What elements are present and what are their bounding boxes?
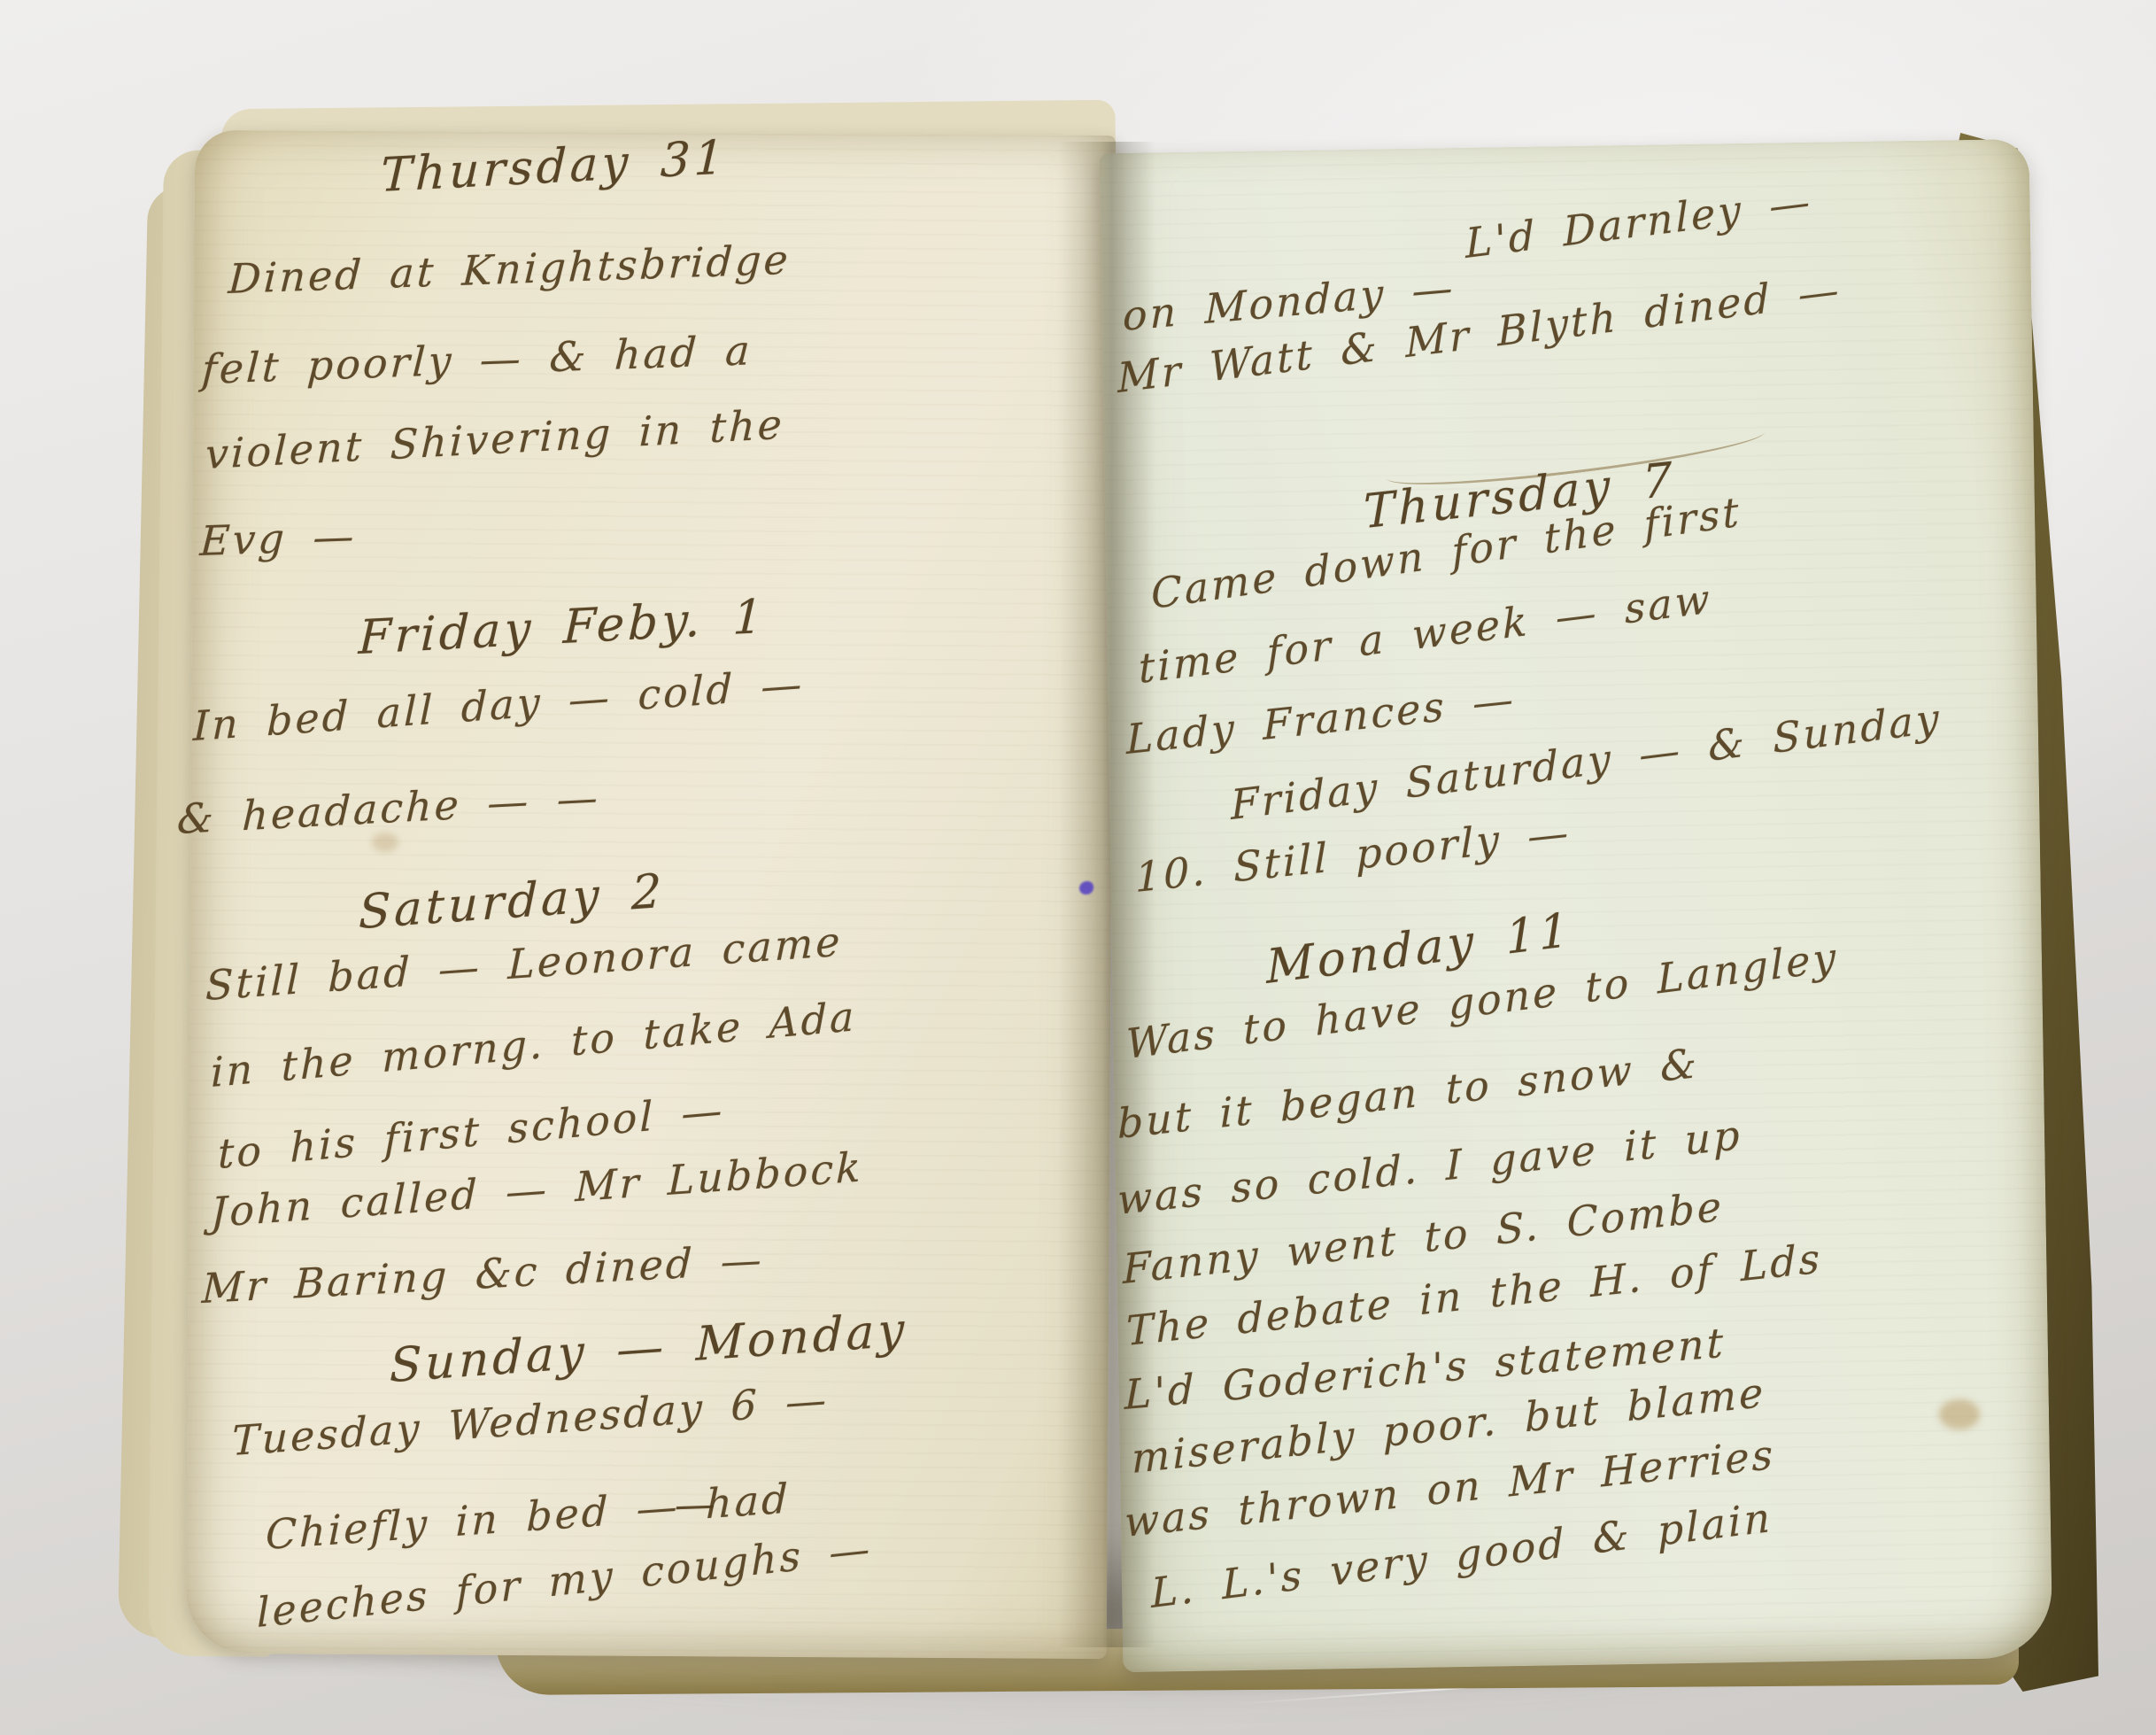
ink-blot	[1079, 881, 1093, 895]
fox-stain	[1939, 1399, 1980, 1429]
fox-stain	[372, 833, 398, 852]
photo-backdrop: Thursday 31 Dined at Knightsbridge felt …	[0, 0, 2156, 1735]
handwritten-line: Evg —	[199, 512, 358, 565]
